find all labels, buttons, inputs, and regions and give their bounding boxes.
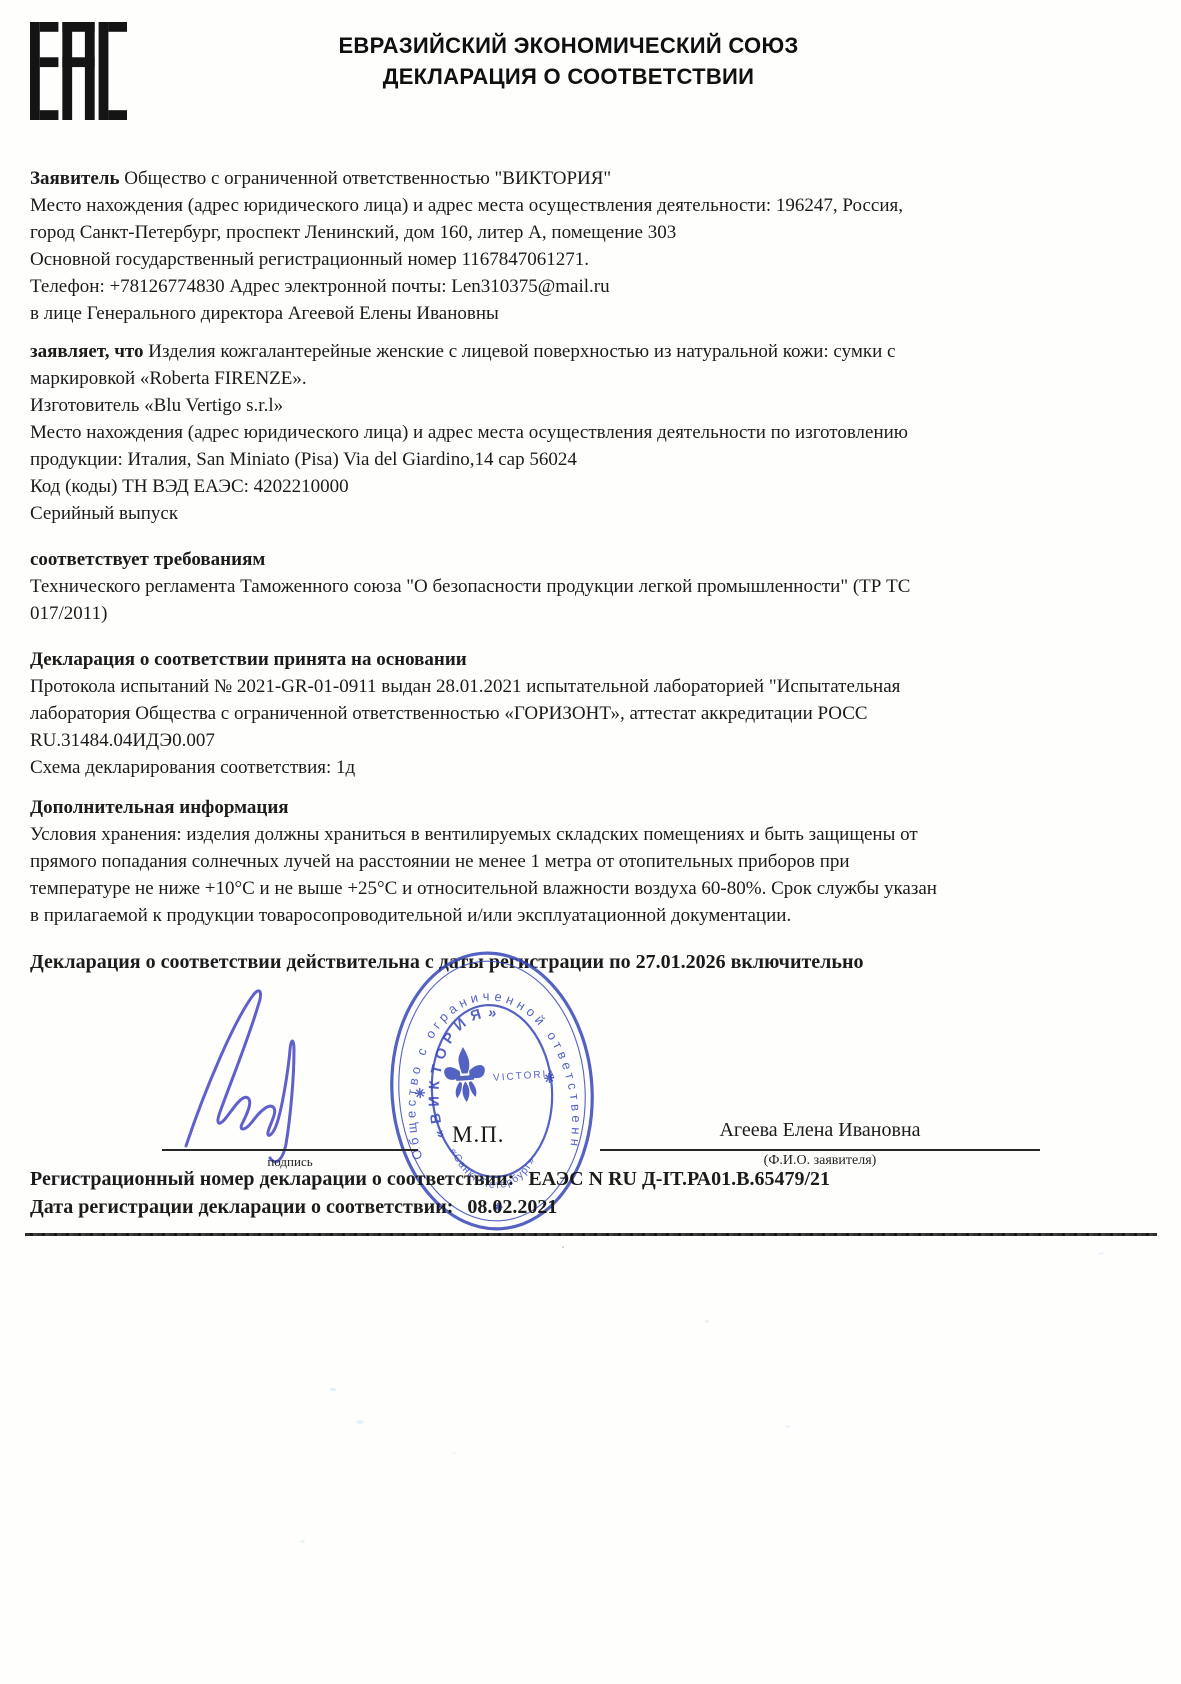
additional-info-line: температуре не ниже +10°С и не выше +25°… xyxy=(30,875,1141,902)
title-line-2: ДЕКЛАРАЦИЯ О СООТВЕТСТВИИ xyxy=(0,61,1137,92)
registration-number-label: Регистрационный номер декларации о соотв… xyxy=(30,1168,514,1190)
applicant-section: Заявитель Общество с ограниченной ответс… xyxy=(30,165,1141,327)
additional-info-section: Дополнительная информация Условия хранен… xyxy=(30,794,1141,929)
requirements-line: 017/2011) xyxy=(30,600,1141,627)
declares-lead: заявляет, что Изделия кожгалантерейные ж… xyxy=(30,338,1141,365)
applicant-line: Место нахождения (адрес юридического лиц… xyxy=(30,192,1141,219)
scan-speck xyxy=(300,1540,305,1543)
product-line: Изготовитель «Blu Vertigo s.r.l» xyxy=(30,392,1141,419)
applicant-line: город Санкт-Петербург, проспект Ленински… xyxy=(30,219,1141,246)
title-line-1: ЕВРАЗИЙСКИЙ ЭКОНОМИЧЕСКИЙ СОЮЗ xyxy=(0,30,1137,61)
product-line: маркировкой «Roberta FIRENZE». xyxy=(30,365,1141,392)
scan-speck xyxy=(785,1425,790,1428)
product-line: продукции: Италия, San Miniato (Pisa) Vi… xyxy=(30,446,1141,473)
additional-info-heading: Дополнительная информация xyxy=(30,794,1141,821)
registration-number-value: ЕАЭС N RU Д-IT.РА01.В.65479/21 xyxy=(528,1168,830,1190)
basis-line: лаборатория Общества с ограниченной отве… xyxy=(30,700,1141,727)
bottom-rule xyxy=(25,1233,1157,1236)
product-line: Код (коды) ТН ВЭД ЕАЭС: 4202210000 xyxy=(30,473,1141,500)
mp-seal-label: М.П. xyxy=(452,1122,505,1148)
basis-section: Декларация о соответствии принята на осн… xyxy=(30,646,1141,781)
scan-speck xyxy=(705,1320,709,1323)
document-title: ЕВРАЗИЙСКИЙ ЭКОНОМИЧЕСКИЙ СОЮЗ ДЕКЛАРАЦИ… xyxy=(0,30,1137,92)
requirements-section: соответствует требованиям Технического р… xyxy=(30,546,1141,627)
name-caption: (Ф.И.О. заявителя) xyxy=(600,1153,1040,1169)
registration-number-line: Регистрационный номер декларации о соотв… xyxy=(30,1168,830,1191)
requirements-heading: соответствует требованиям xyxy=(30,546,1141,573)
basis-line: Протокола испытаний № 2021-GR-01-0911 вы… xyxy=(30,673,1141,700)
product-line: Место нахождения (адрес юридического лиц… xyxy=(30,419,1141,446)
registration-date-label: Дата регистрации декларации о соответств… xyxy=(30,1196,453,1218)
product-line: Серийный выпуск xyxy=(30,500,1141,527)
name-line xyxy=(600,1149,1040,1151)
requirements-line: Технического регламента Таможенного союз… xyxy=(30,573,1141,600)
scan-speck xyxy=(1098,1252,1104,1255)
handwritten-signature xyxy=(168,980,328,1170)
scan-speck xyxy=(452,1452,456,1454)
applicant-lead: Заявитель Общество с ограниченной ответс… xyxy=(30,165,1141,192)
scan-speck xyxy=(356,1420,364,1424)
scan-speck xyxy=(562,1246,564,1248)
scan-speck xyxy=(330,1388,336,1391)
product-section: заявляет, что Изделия кожгалантерейные ж… xyxy=(30,338,1141,527)
declaration-document: ЕВРАЗИЙСКИЙ ЭКОНОМИЧЕСКИЙ СОЮЗ ДЕКЛАРАЦИ… xyxy=(0,0,1181,1684)
registration-date-value: 08.02.2021 xyxy=(467,1196,557,1218)
additional-info-line: Условия хранения: изделия должны хранить… xyxy=(30,821,1141,848)
registration-date-line: Дата регистрации декларации о соответств… xyxy=(30,1196,557,1219)
basis-line: Схема декларирования соответствия: 1д xyxy=(30,754,1141,781)
basis-line: RU.31484.04ИДЭ0.007 xyxy=(30,727,1141,754)
basis-heading: Декларация о соответствии принята на осн… xyxy=(30,646,1141,673)
additional-info-line: в прилагаемой к продукции товаросопровод… xyxy=(30,902,1141,929)
signature-line xyxy=(162,1149,418,1151)
applicant-line: Основной государственный регистрационный… xyxy=(30,246,1141,273)
signer-name: Агеева Елена Ивановна xyxy=(600,1119,1040,1142)
additional-info-line: прямого попадания солнечных лучей на рас… xyxy=(30,848,1141,875)
applicant-line: в лице Генерального директора Агеевой Ел… xyxy=(30,300,1141,327)
applicant-line: Телефон: +78126774830 Адрес электронной … xyxy=(30,273,1141,300)
